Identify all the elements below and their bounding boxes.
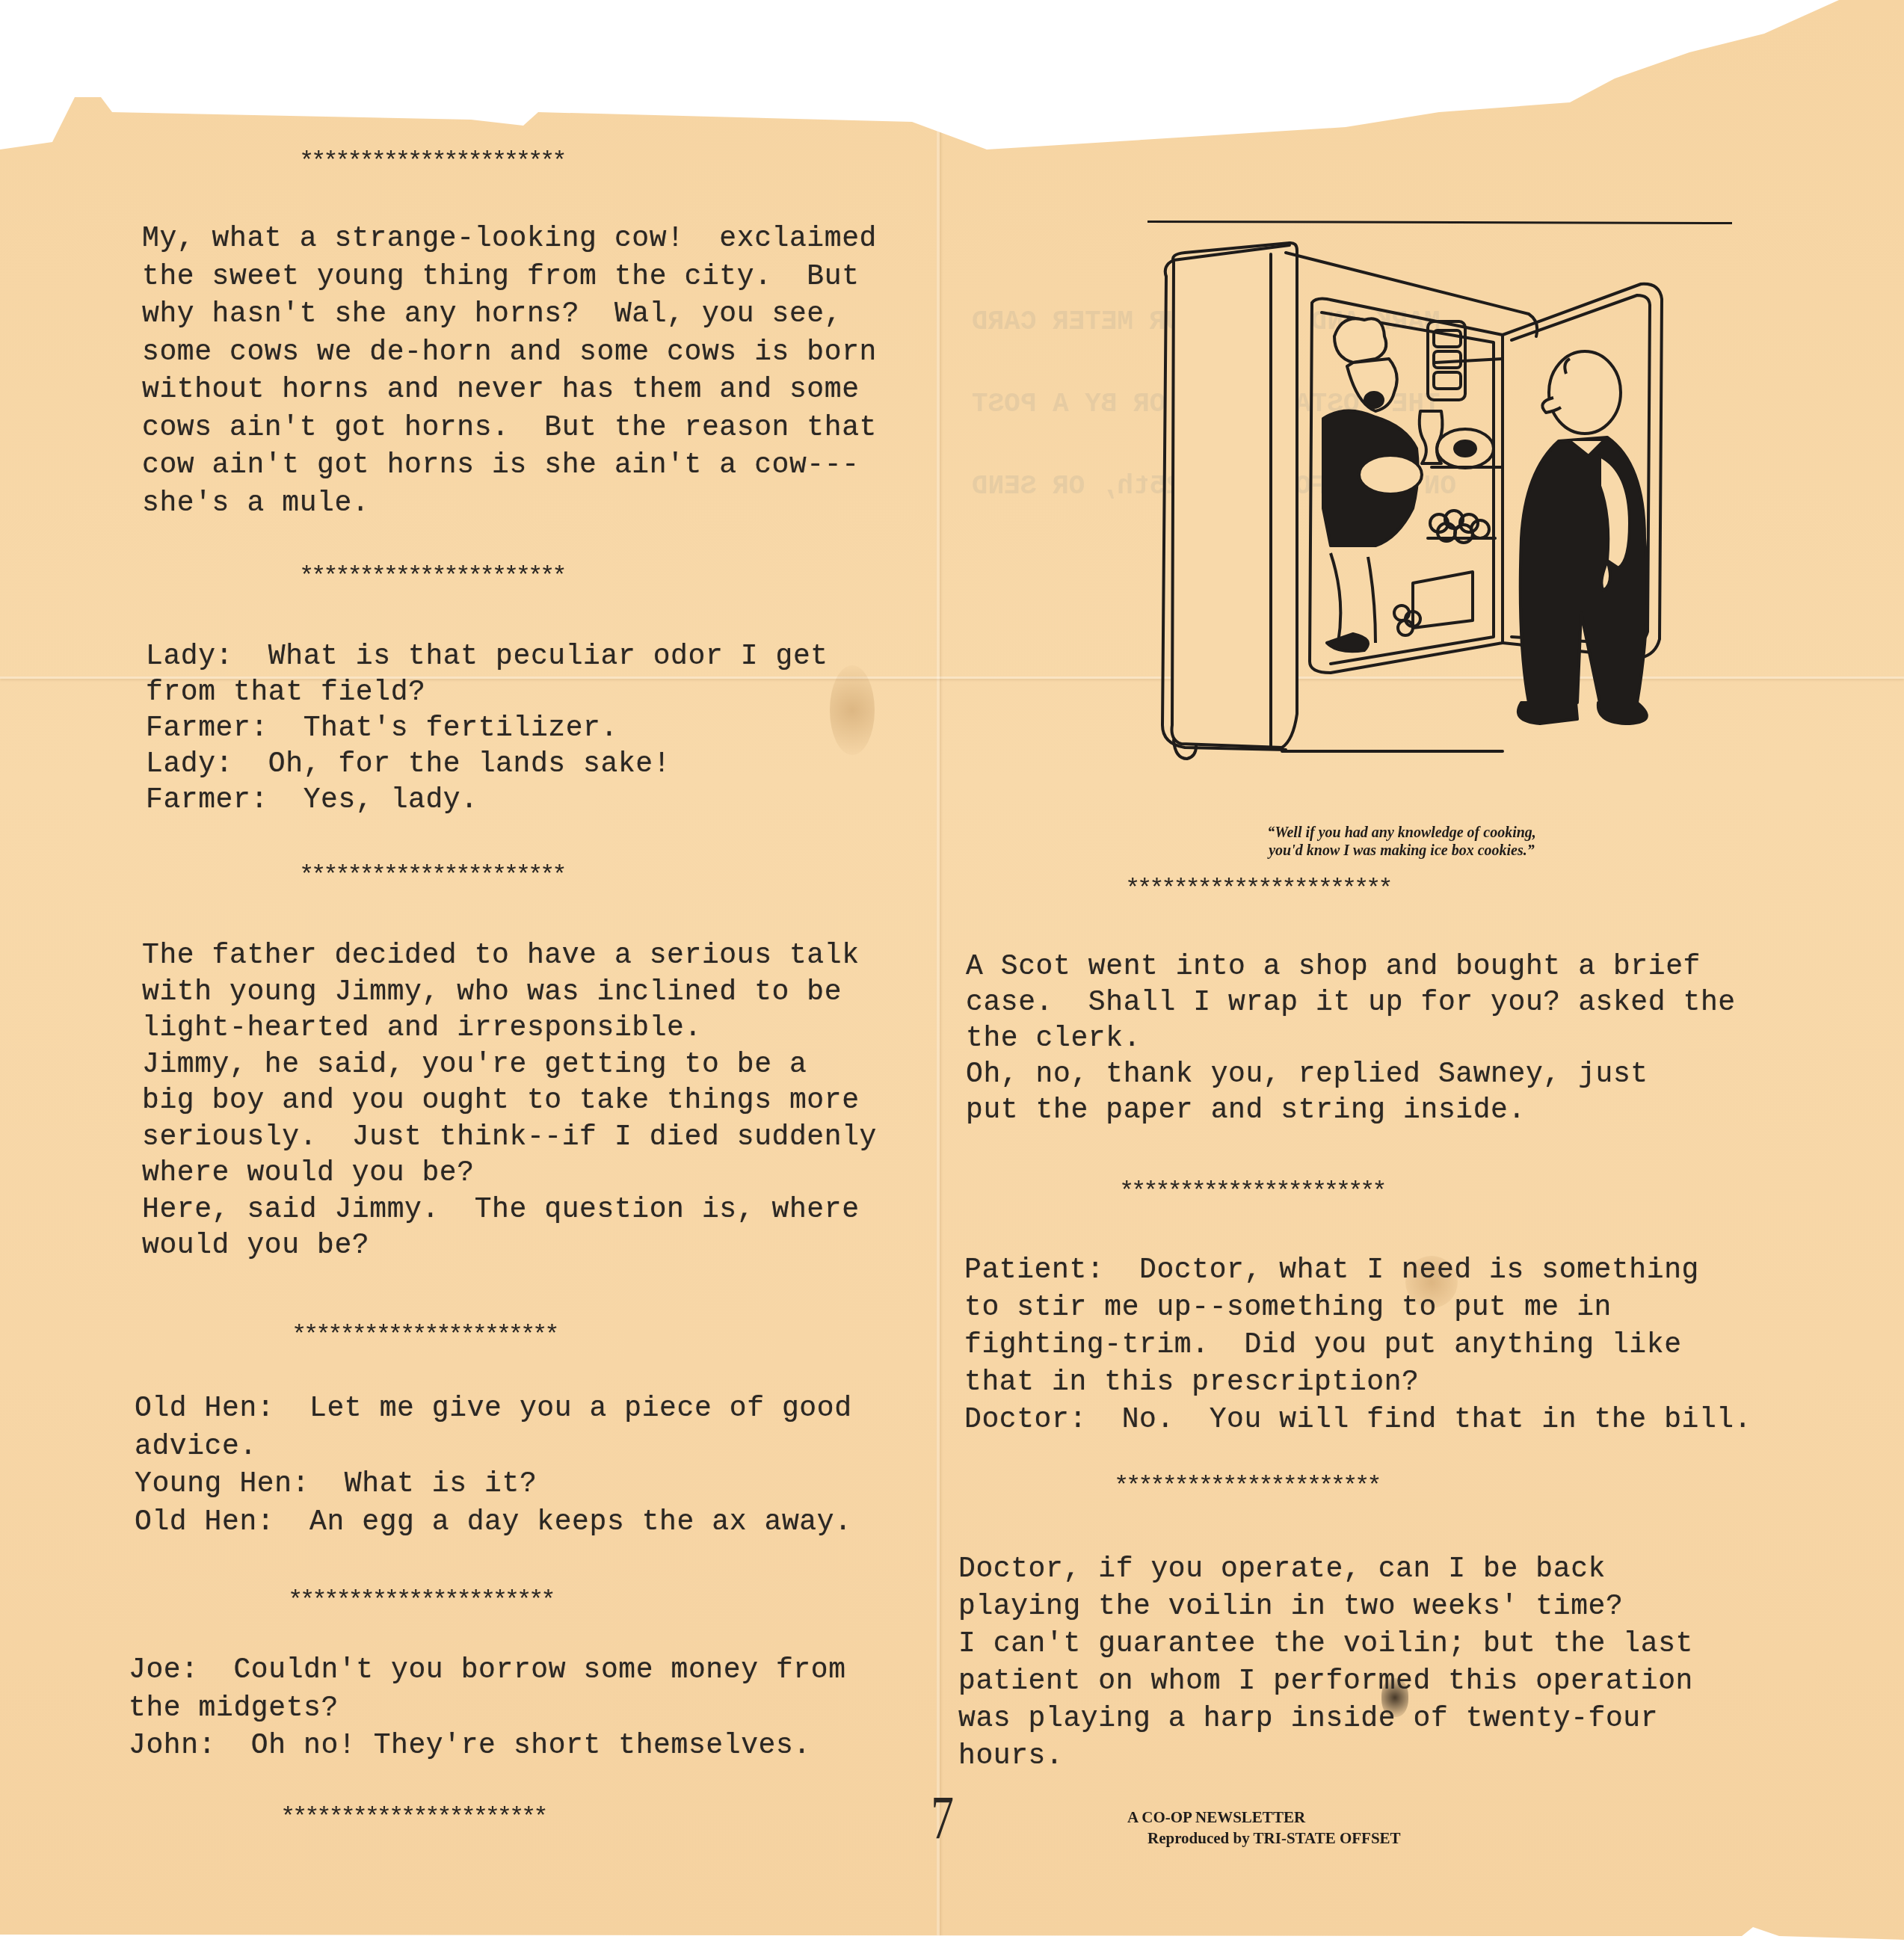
refrigerator-cartoon [1151, 224, 1704, 837]
page-number: 7 [931, 1783, 954, 1853]
section-divider: ********************** [292, 1323, 556, 1349]
newsletter-page: MARK AND MAIL YOUR METER CARD THE POSTAL… [0, 0, 1904, 1951]
joke-scot-briefcase: A Scot went into a shop and bought a bri… [966, 949, 1736, 1129]
joke-violin: Doctor, if you operate, can I be back pl… [958, 1551, 1693, 1775]
section-divider: ********************** [299, 150, 564, 175]
joke-old-hen: Old Hen: Let me give you a piece of good… [135, 1390, 852, 1541]
joke-jimmy: The father decided to have a serious tal… [142, 938, 877, 1265]
section-divider: ********************** [1119, 1180, 1384, 1205]
section-divider: ********************** [280, 1805, 545, 1831]
cartoon-caption: “Well if you had any knowledge of cookin… [1170, 824, 1633, 860]
newsletter-credit-line1: A CO-OP NEWSLETTER [1127, 1807, 1305, 1827]
section-divider: ********************** [299, 863, 564, 889]
joke-midgets: Joe: Couldn't you borrow some money from… [129, 1652, 846, 1766]
joke-prescription: Patient: Doctor, what I need is somethin… [964, 1252, 1752, 1439]
section-divider: ********************** [1114, 1474, 1378, 1500]
section-divider: ********************** [299, 564, 564, 590]
vertical-fold-crease [937, 112, 940, 1936]
newsletter-credit-line2: Reproduced by TRI-STATE OFFSET [1147, 1828, 1401, 1848]
section-divider: ********************** [1125, 877, 1390, 902]
joke-strange-cow: My, what a strange-looking cow! exclaime… [142, 221, 877, 523]
paper-stain [830, 665, 875, 755]
joke-fertilizer: Lady: What is that peculiar odor I get f… [146, 639, 828, 819]
section-divider: ********************** [288, 1588, 552, 1614]
